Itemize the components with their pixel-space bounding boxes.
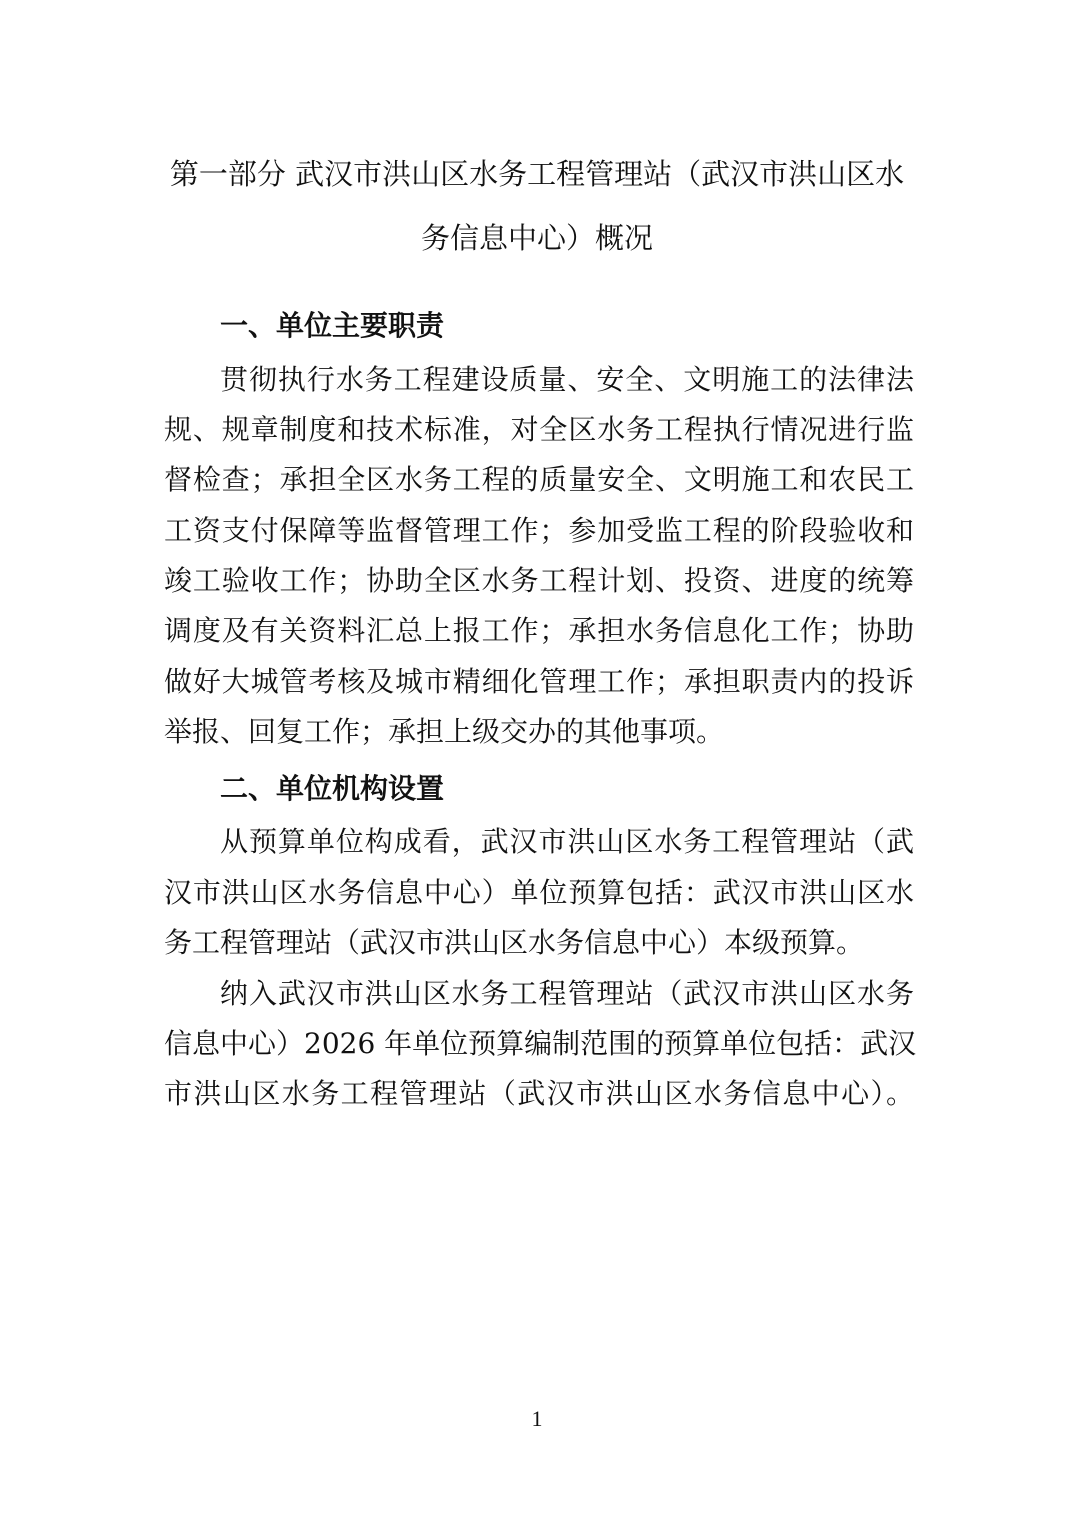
paragraph-line: 纳入武汉市洪山区水务工程管理站（武汉市洪山区水务 (220, 977, 914, 1011)
paragraph-line: 贯彻执行水务工程建设质量、安全、文明施工的法律法 (220, 363, 914, 397)
paragraph-line: 工资支付保障等监督管理工作；参加受监工程的阶段验收和 (164, 514, 914, 548)
section-heading-main-duties: 一、单位主要职责 (220, 309, 444, 343)
paragraph-line: 做好大城管考核及城市精细化管理工作；承担职责内的投诉 (164, 665, 914, 699)
section-heading-org-structure: 二、单位机构设置 (220, 772, 444, 806)
page-title-line-1: 第一部分 武汉市洪山区水务工程管理站（武汉市洪山区水 (150, 157, 924, 191)
paragraph-line: 督检查；承担全区水务工程的质量安全、文明施工和农民工 (164, 463, 914, 497)
paragraph-line: 调度及有关资料汇总上报工作；承担水务信息化工作；协助 (164, 614, 914, 648)
page-number: 1 (527, 1406, 547, 1432)
paragraph-line: 信息中心）2026 年单位预算编制范围的预算单位包括：武汉 (164, 1027, 914, 1061)
paragraph-line: 从预算单位构成看，武汉市洪山区水务工程管理站（武 (220, 825, 914, 859)
paragraph-line: 规、规章制度和技术标准，对全区水务工程执行情况进行监 (164, 413, 914, 447)
paragraph-line: 汉市洪山区水务信息中心）单位预算包括：武汉市洪山区水 (164, 876, 914, 910)
paragraph-line: 务工程管理站（武汉市洪山区水务信息中心）本级预算。 (164, 926, 914, 960)
document-page: 第一部分 武汉市洪山区水务工程管理站（武汉市洪山区水 务信息中心）概况 一、单位… (0, 0, 1074, 1520)
paragraph-line: 竣工验收工作；协助全区水务工程计划、投资、进度的统筹 (164, 564, 914, 598)
page-title-line-2: 务信息中心）概况 (150, 221, 924, 255)
paragraph-line: 举报、回复工作；承担上级交办的其他事项。 (164, 715, 914, 749)
paragraph-line: 市洪山区水务工程管理站（武汉市洪山区水务信息中心）。 (164, 1077, 914, 1111)
